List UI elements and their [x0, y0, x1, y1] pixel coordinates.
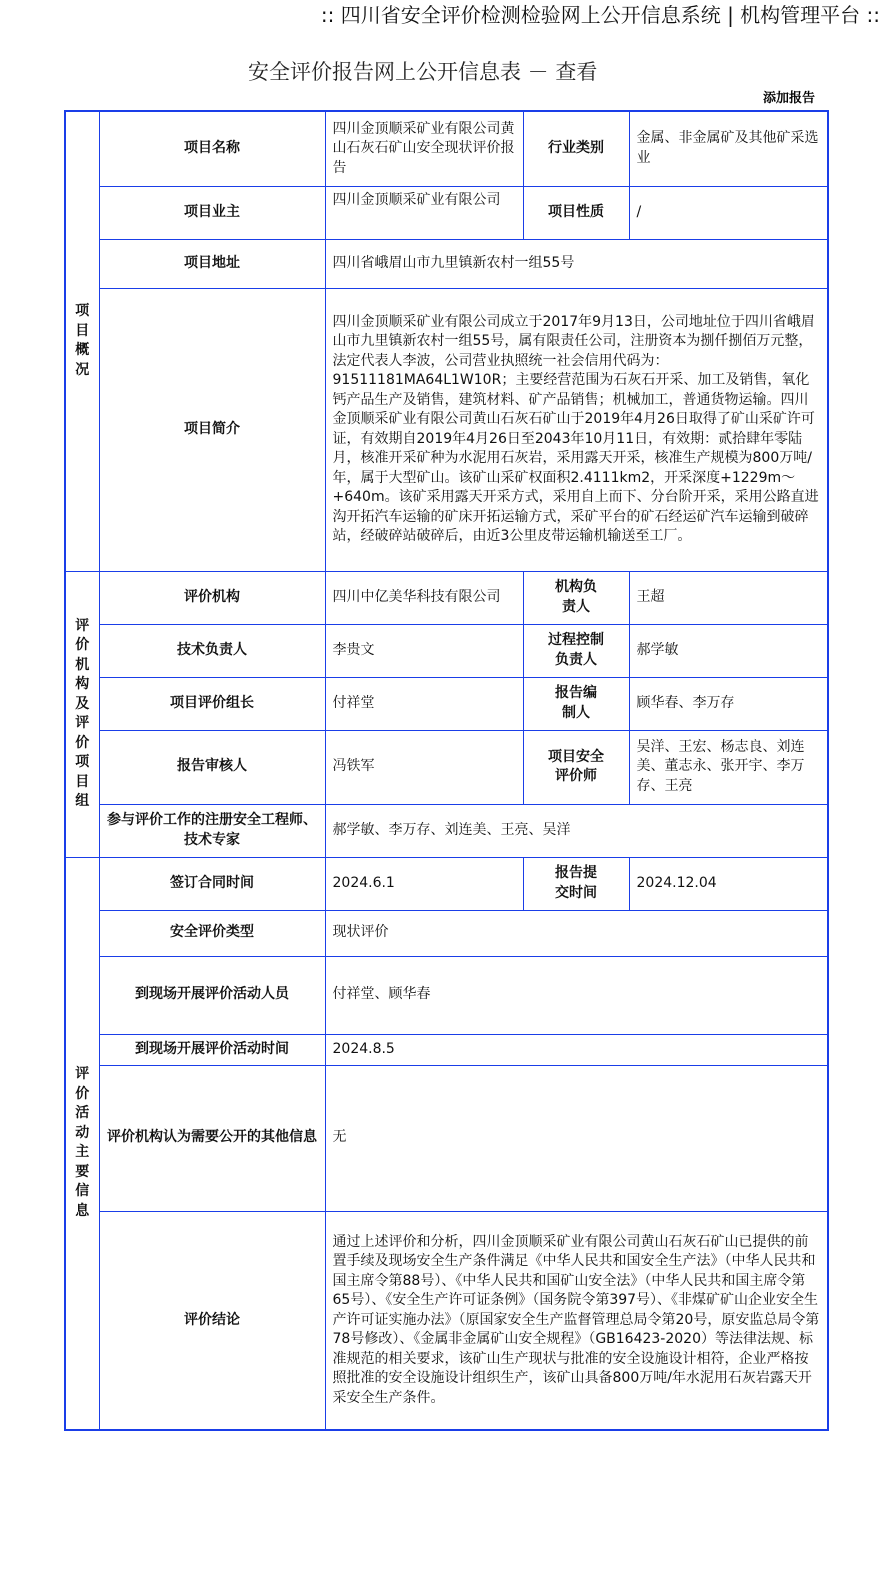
table-row: 评价机构认为需要公开的其他信息 无	[65, 1065, 828, 1211]
table-row: 项目业主 四川金顶顺采矿业有限公司 项目性质 /	[65, 186, 828, 239]
org-head-value: 王超	[629, 571, 828, 624]
org-head-label: 机构负责人	[523, 571, 629, 624]
table-row: 项目地址 四川省峨眉山市九里镇新农村一组55号	[65, 239, 828, 288]
table-row: 到现场开展评价活动时间 2024.8.5	[65, 1034, 828, 1065]
section-activity-title: 评价活动主要信息	[65, 857, 99, 1430]
table-row: 报告审核人 冯铁军 项目安全评价师 吴洋、王宏、杨志良、刘连美、董志永、张开宇、…	[65, 730, 828, 804]
section-agency-title: 评价机构及评价项目组	[65, 571, 99, 857]
submit-date-label: 报告提交时间	[523, 857, 629, 910]
nature-label: 项目性质	[523, 186, 629, 239]
address-label: 项目地址	[99, 239, 325, 288]
eval-type-value: 现状评价	[325, 910, 828, 956]
tech-lead-label: 技术负责人	[99, 624, 325, 677]
onsite-staff-value: 付祥堂、顾华春	[325, 956, 828, 1034]
project-name-value: 四川金顶顺采矿业有限公司黄山石灰石矿山安全现状评价报告	[325, 111, 523, 186]
table-row: 项目评价组长 付祥堂 报告编制人 顾华春、李万存	[65, 677, 828, 730]
onsite-staff-label: 到现场开展评价活动人员	[99, 956, 325, 1034]
intro-label: 项目简介	[99, 288, 325, 571]
org-value: 四川中亿美华科技有限公司	[325, 571, 523, 624]
conclusion-value: 通过上述评价和分析，四川金顶顺采矿业有限公司黄山石灰石矿山已提供的前置手续及现场…	[325, 1211, 828, 1430]
table-row: 项目概况 项目名称 四川金顶顺采矿业有限公司黄山石灰石矿山安全现状评价报告 行业…	[65, 111, 828, 186]
system-title: :: 四川省安全评价检测检验网上公开信息系统 | 机构管理平台 ::	[321, 2, 880, 28]
author-label: 报告编制人	[523, 677, 629, 730]
section-overview-title: 项目概况	[65, 111, 99, 571]
eval-type-label: 安全评价类型	[99, 910, 325, 956]
tech-lead-value: 李贵文	[325, 624, 523, 677]
contract-date-label: 签订合同时间	[99, 857, 325, 910]
experts-label: 参与评价工作的注册安全工程师、技术专家	[99, 804, 325, 857]
process-lead-label: 过程控制负责人	[523, 624, 629, 677]
owner-value: 四川金顶顺采矿业有限公司	[325, 186, 523, 239]
conclusion-label: 评价结论	[99, 1211, 325, 1430]
process-lead-value: 郝学敏	[629, 624, 828, 677]
project-name-label: 项目名称	[99, 111, 325, 186]
add-report-link[interactable]: 添加报告	[763, 90, 815, 108]
reviewer-label: 报告审核人	[99, 730, 325, 804]
industry-value: 金属、非金属矿及其他矿采选业	[629, 111, 828, 186]
table-row: 评价结论 通过上述评价和分析，四川金顶顺采矿业有限公司黄山石灰石矿山已提供的前置…	[65, 1211, 828, 1430]
nature-value: /	[629, 186, 828, 239]
contract-date-value: 2024.6.1	[325, 857, 523, 910]
page-title: 安全评价报告网上公开信息表 － 查看	[248, 58, 597, 86]
table-row: 评价机构及评价项目组 评价机构 四川中亿美华科技有限公司 机构负责人 王超	[65, 571, 828, 624]
assessors-value: 吴洋、王宏、杨志良、刘连美、董志永、张开宇、李万存、王亮	[629, 730, 828, 804]
submit-date-value: 2024.12.04	[629, 857, 828, 910]
table-row: 到现场开展评价活动人员 付祥堂、顾华春	[65, 956, 828, 1034]
onsite-date-label: 到现场开展评价活动时间	[99, 1034, 325, 1065]
org-label: 评价机构	[99, 571, 325, 624]
team-lead-value: 付祥堂	[325, 677, 523, 730]
table-row: 安全评价类型 现状评价	[65, 910, 828, 956]
other-info-value: 无	[325, 1065, 828, 1211]
assessors-label: 项目安全评价师	[523, 730, 629, 804]
table-row: 评价活动主要信息 签订合同时间 2024.6.1 报告提交时间 2024.12.…	[65, 857, 828, 910]
owner-label: 项目业主	[99, 186, 325, 239]
team-lead-label: 项目评价组长	[99, 677, 325, 730]
experts-value: 郝学敏、李万存、刘连美、王亮、吴洋	[325, 804, 828, 857]
table-row: 项目简介 四川金顶顺采矿业有限公司成立于2017年9月13日，公司地址位于四川省…	[65, 288, 828, 571]
intro-value: 四川金顶顺采矿业有限公司成立于2017年9月13日，公司地址位于四川省峨眉山市九…	[325, 288, 828, 571]
author-value: 顾华春、李万存	[629, 677, 828, 730]
industry-label: 行业类别	[523, 111, 629, 186]
address-value: 四川省峨眉山市九里镇新农村一组55号	[325, 239, 828, 288]
reviewer-value: 冯铁军	[325, 730, 523, 804]
onsite-date-value: 2024.8.5	[325, 1034, 828, 1065]
report-info-table: 项目概况 项目名称 四川金顶顺采矿业有限公司黄山石灰石矿山安全现状评价报告 行业…	[64, 110, 829, 1431]
table-row: 技术负责人 李贵文 过程控制负责人 郝学敏	[65, 624, 828, 677]
other-info-label: 评价机构认为需要公开的其他信息	[99, 1065, 325, 1211]
table-row: 参与评价工作的注册安全工程师、技术专家 郝学敏、李万存、刘连美、王亮、吴洋	[65, 804, 828, 857]
